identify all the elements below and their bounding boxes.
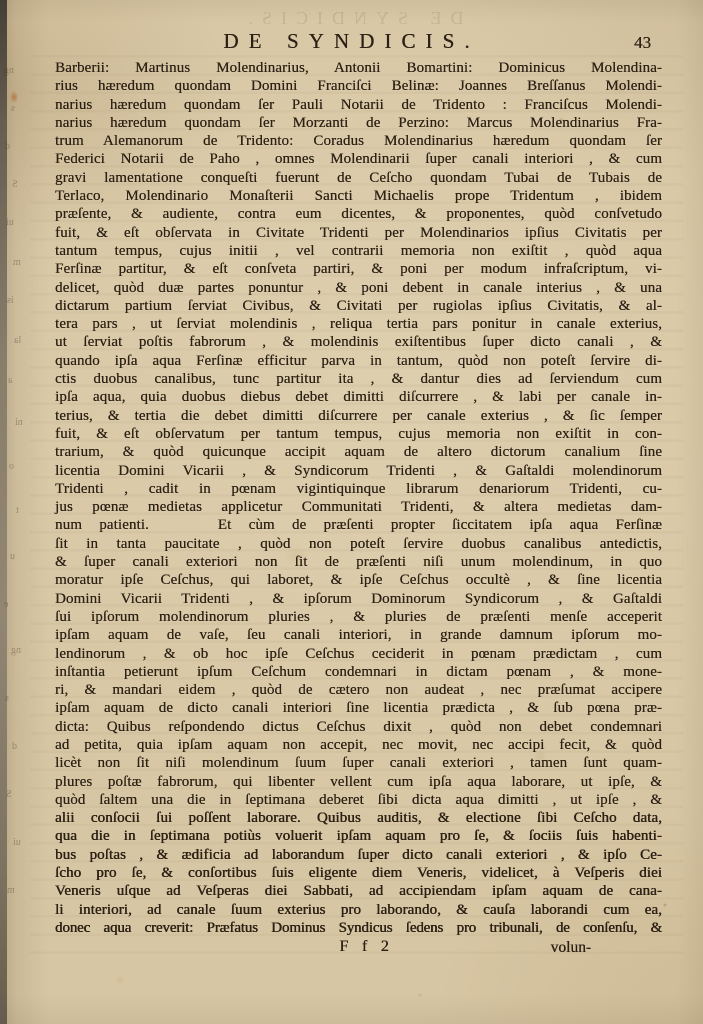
text-line: trum Alemanorum de Tridento: Coradus Mol… <box>55 132 662 150</box>
text-line: ri, & mandari eidem , quòd de cætero non… <box>55 681 662 699</box>
bleed-through-mark: ng <box>11 646 21 656</box>
bleed-through-mark: a <box>8 376 12 386</box>
text-line: fuit, & eſt obſervatum per tantum tempus… <box>55 425 662 443</box>
bleed-through-mark: m <box>7 886 15 896</box>
bleed-through-running-title: DE SYNDICIS. <box>0 8 703 29</box>
text-line: ad petita, quia ipſam aquam non accepit,… <box>55 736 662 754</box>
text-line: jus pœnæ medietas applicetur Communitati… <box>55 498 662 516</box>
text-line: alii conſocii ſui poſſent laborare. Quib… <box>55 809 662 827</box>
bleed-through-mark: m <box>13 258 21 268</box>
bleed-through-mark: ng <box>4 66 14 76</box>
text-line: Veneris uſque ad Veſperas diei Sabbati, … <box>55 882 662 900</box>
bleed-through-mark: d <box>5 142 10 152</box>
text-line: Ferſinæ partitur, & eſt conſveta partiri… <box>55 260 662 278</box>
text-line: moratur ipſe Ceſchus, qui laboret, & ipſ… <box>55 571 662 589</box>
body-text-block: Barberii: Martinus Molendinarius, Antoni… <box>55 59 662 937</box>
text-line: quando ipſa aqua Ferſinæ efficitur parva… <box>55 352 662 370</box>
text-line: qua die in ſeptimana potiùs voluerit ipſ… <box>55 827 662 845</box>
text-line: ſit in tanta paucitate , quòd non poteſt… <box>55 535 662 553</box>
text-line: dictarum partium ſerviat Civibus, & Civi… <box>55 297 662 315</box>
text-line: ipſam aquam de vaſe, ſeu canali interior… <box>55 626 662 644</box>
bleed-through-mark: S <box>6 790 12 800</box>
text-line: bus poſtas , & ædificia ad laborandum ſu… <box>55 846 662 864</box>
text-line: rius hæredum quondam Domini Franciſci Be… <box>55 77 662 95</box>
text-line: tantum tempus, cujus initii , vel contra… <box>55 242 662 260</box>
running-title: DE SYNDICIS. <box>0 29 703 54</box>
text-line: Tridenti , cadit in pœnam vigintiquinque… <box>55 480 662 498</box>
bleed-through-mark: d <box>12 742 17 752</box>
page-number: 43 <box>634 33 651 53</box>
bleed-through-mark: S <box>12 180 18 190</box>
text-line: ipſa aqua, quia duobus diebus debet dimi… <box>55 388 662 406</box>
text-line: plures poſtæ fabrorum, qui libenter vell… <box>55 773 662 791</box>
text-line: quòd ſaltem una die in ſeptimana deberet… <box>55 791 662 809</box>
bleed-through-mark: o <box>9 462 14 472</box>
text-line: dicta: Quibus reſpondendo dictus Ceſchus… <box>55 718 662 736</box>
text-line: num patienti. Et cùm de præſenti propter… <box>55 516 662 534</box>
text-line: ipſam aquam de dicto canali interiori ſi… <box>55 699 662 717</box>
bleed-through-mark: e <box>4 600 8 610</box>
text-line: lendinorum , & ob hoc ipſe Ceſchus cecid… <box>55 645 662 663</box>
text-line: li interiori, ad canale ſuum exterius pr… <box>55 901 662 919</box>
text-line: delicet, quòd duæ partes ponuntur , & po… <box>55 279 662 297</box>
text-line: gravi lamentatione conqueſti fuerunt de … <box>55 169 662 187</box>
bleed-through-mark: ui <box>6 218 14 228</box>
text-line: donec aqua creverit: Præfatus Dominus Sy… <box>55 919 662 937</box>
bleed-through-mark: s <box>11 104 15 114</box>
bleed-through-mark: ni <box>15 418 23 428</box>
text-line: trarium, & quòd quicunque accipit aquam … <box>55 443 662 461</box>
text-line: ſcho pro ſe, & conſortibus ſuis eligente… <box>55 864 662 882</box>
text-line: ctis duobus canalibus, tunc partitur ita… <box>55 370 662 388</box>
bleed-through-mark: is <box>7 296 14 306</box>
text-line: Domini Vicarii Tridenti , & ipſorum Domi… <box>55 590 662 608</box>
text-line: & ſuper canali exteriori non ſit de præſ… <box>55 553 662 571</box>
catchword: volun- <box>551 939 591 957</box>
page-left-edge-shadow <box>0 0 7 1024</box>
text-line: narius hæredum quondam ſer Morzanti de P… <box>55 114 662 132</box>
bleed-through-mark: s <box>5 694 9 704</box>
text-line: licentia Domini Vicarii , & Syndicorum T… <box>55 462 662 480</box>
text-line: tera pars , ut ſerviat molendinis , reli… <box>55 315 662 333</box>
bleed-through-mark: t <box>16 506 19 516</box>
book-page-scan: DE SYNDICIS. DE SYNDICIS. 43 Barberii: M… <box>0 0 703 1024</box>
text-line: terius, & tertia die debet dimitti diſcu… <box>55 407 662 425</box>
signature-mark: F f 2 <box>15 938 703 956</box>
text-line: ut ſerviat poſtis fabrorum , & molendini… <box>55 333 662 351</box>
text-line: inſtantia petierunt ipſum Ceſchum condem… <box>55 663 662 681</box>
text-line: ſui ipſorum molendinorum pluries , & plu… <box>55 608 662 626</box>
text-line: narius hæredum quondam ſer Pauli Notarii… <box>55 96 662 114</box>
text-line: Barberii: Martinus Molendinarius, Antoni… <box>55 59 662 77</box>
text-line: fuit, & eſt obſervata in Civitate Triden… <box>55 224 662 242</box>
text-line: Terlaco, Molendinario Monaſterii Sancti … <box>55 187 662 205</box>
text-line: licèt non ſit niſi molendinum ſuum ſuper… <box>55 754 662 772</box>
text-line: Federici Notarii de Paho , omnes Molendi… <box>55 150 662 168</box>
bleed-through-mark: la <box>14 336 21 346</box>
text-line: præſente, & audiente, contra eum dicente… <box>55 205 662 223</box>
bleed-through-mark: ui <box>13 838 21 848</box>
bleed-through-mark: u <box>10 552 15 562</box>
